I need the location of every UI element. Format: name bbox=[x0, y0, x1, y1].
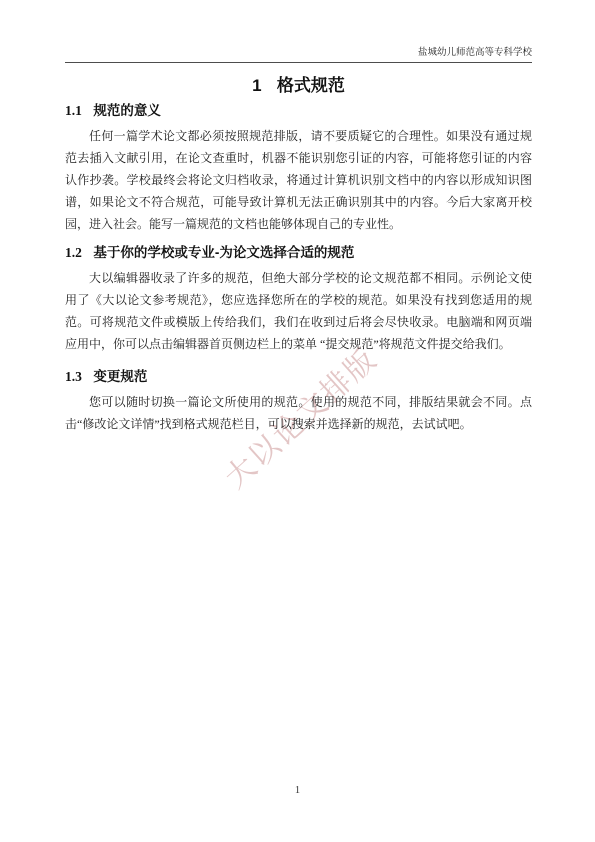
page-footer: 1 bbox=[0, 784, 595, 797]
document-page: 大以论文排版 盐城幼儿师范高等专科学校 1格式规范 1.1规范的意义 任何一篇学… bbox=[0, 0, 595, 842]
section-paragraph: 任何一篇学术论文都必须按照规范排版，请不要质疑它的合理性。如果没有通过规范去插入… bbox=[65, 125, 532, 235]
page-content: 1格式规范 1.1规范的意义 任何一篇学术论文都必须按照规范排版，请不要质疑它的… bbox=[65, 63, 532, 435]
chapter-title: 1格式规范 bbox=[65, 76, 532, 96]
section-heading-text: 变更规范 bbox=[93, 369, 147, 384]
section-paragraph: 大以编辑器收录了许多的规范，但绝大部分学校的论文规范都不相同。示例论文使用了《大… bbox=[65, 267, 532, 355]
section-number: 1.1 bbox=[65, 103, 82, 118]
chapter-title-text: 格式规范 bbox=[277, 76, 345, 95]
section-1-2: 1.2基于你的学校或专业-为论文选择合适的规范 大以编辑器收录了许多的规范，但绝… bbox=[65, 244, 532, 355]
section-heading: 1.2基于你的学校或专业-为论文选择合适的规范 bbox=[65, 244, 532, 261]
section-heading: 1.3变更规范 bbox=[65, 368, 532, 385]
section-1-1: 1.1规范的意义 任何一篇学术论文都必须按照规范排版，请不要质疑它的合理性。如果… bbox=[65, 102, 532, 235]
section-number: 1.3 bbox=[65, 369, 82, 384]
section-1-3: 1.3变更规范 您可以随时切换一篇论文所使用的规范。使用的规范不同，排版结果就会… bbox=[65, 368, 532, 435]
section-heading-text: 基于你的学校或专业-为论文选择合适的规范 bbox=[93, 245, 354, 260]
header-school-name: 盐城幼儿师范高等专科学校 bbox=[418, 48, 532, 58]
section-number: 1.2 bbox=[65, 245, 82, 260]
page-number: 1 bbox=[295, 785, 300, 796]
section-paragraph: 您可以随时切换一篇论文所使用的规范。使用的规范不同，排版结果就会不同。点击“修改… bbox=[65, 391, 532, 435]
section-heading: 1.1规范的意义 bbox=[65, 102, 532, 119]
page-header: 盐城幼儿师范高等专科学校 bbox=[65, 0, 532, 63]
section-heading-text: 规范的意义 bbox=[93, 103, 161, 118]
chapter-number: 1 bbox=[252, 76, 261, 95]
